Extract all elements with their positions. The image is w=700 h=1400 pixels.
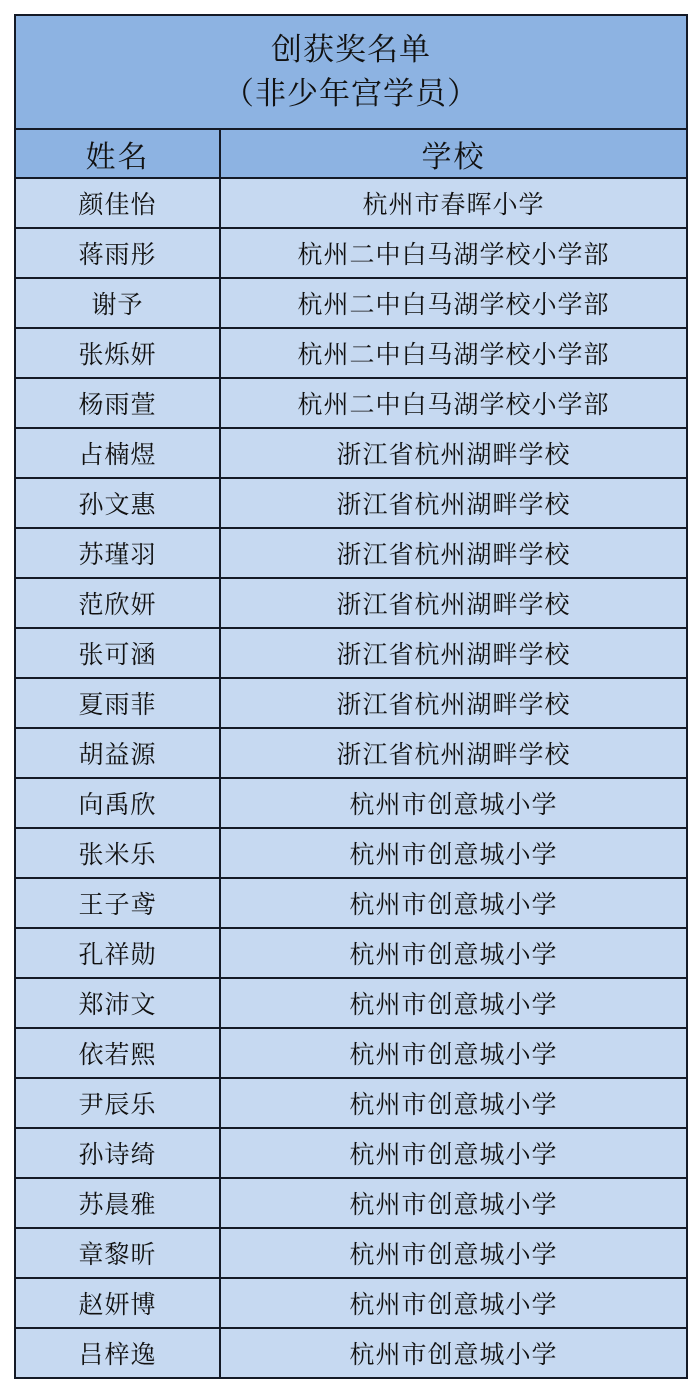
table-row: 苏晨雅杭州市创意城小学 (15, 1178, 687, 1228)
cell-name: 尹辰乐 (15, 1078, 220, 1128)
table-row: 王子鸢杭州市创意城小学 (15, 878, 687, 928)
cell-name: 张烁妍 (15, 328, 220, 378)
cell-name: 孔祥勋 (15, 928, 220, 978)
cell-school: 浙江省杭州湖畔学校 (220, 728, 687, 778)
cell-school: 浙江省杭州湖畔学校 (220, 678, 687, 728)
column-header-school: 学校 (220, 129, 687, 178)
cell-school: 杭州市创意城小学 (220, 1078, 687, 1128)
cell-name: 胡益源 (15, 728, 220, 778)
cell-name: 谢予 (15, 278, 220, 328)
table-row: 胡益源浙江省杭州湖畔学校 (15, 728, 687, 778)
title-main: 创获奖名单 (16, 28, 686, 72)
cell-name: 杨雨萱 (15, 378, 220, 428)
table-row: 苏瑾羽浙江省杭州湖畔学校 (15, 528, 687, 578)
column-header-name: 姓名 (15, 129, 220, 178)
cell-name: 范欣妍 (15, 578, 220, 628)
cell-name: 章黎昕 (15, 1228, 220, 1278)
cell-name: 孙诗绮 (15, 1128, 220, 1178)
table-row: 孔祥勋杭州市创意城小学 (15, 928, 687, 978)
table-row: 杨雨萱杭州二中白马湖学校小学部 (15, 378, 687, 428)
cell-name: 郑沛文 (15, 978, 220, 1028)
cell-school: 杭州二中白马湖学校小学部 (220, 278, 687, 328)
cell-name: 向禹欣 (15, 778, 220, 828)
table-body: 颜佳怡杭州市春晖小学 蒋雨彤杭州二中白马湖学校小学部 谢予杭州二中白马湖学校小学… (15, 178, 687, 1378)
cell-name: 夏雨菲 (15, 678, 220, 728)
table-row: 张米乐杭州市创意城小学 (15, 828, 687, 878)
cell-school: 杭州市创意城小学 (220, 1128, 687, 1178)
cell-school: 浙江省杭州湖畔学校 (220, 478, 687, 528)
table-row: 占楠煜浙江省杭州湖畔学校 (15, 428, 687, 478)
table-row: 张烁妍杭州二中白马湖学校小学部 (15, 328, 687, 378)
cell-school: 杭州市创意城小学 (220, 1228, 687, 1278)
table-row: 依若熙杭州市创意城小学 (15, 1028, 687, 1078)
cell-school: 杭州市创意城小学 (220, 928, 687, 978)
cell-school: 杭州市创意城小学 (220, 1278, 687, 1328)
cell-name: 王子鸢 (15, 878, 220, 928)
table-row: 蒋雨彤杭州二中白马湖学校小学部 (15, 228, 687, 278)
cell-school: 杭州市创意城小学 (220, 878, 687, 928)
cell-school: 杭州二中白马湖学校小学部 (220, 328, 687, 378)
cell-name: 张可涵 (15, 628, 220, 678)
cell-school: 杭州二中白马湖学校小学部 (220, 378, 687, 428)
table-row: 向禹欣杭州市创意城小学 (15, 778, 687, 828)
cell-name: 赵妍博 (15, 1278, 220, 1328)
cell-school: 杭州市创意城小学 (220, 828, 687, 878)
cell-name: 苏瑾羽 (15, 528, 220, 578)
cell-name: 张米乐 (15, 828, 220, 878)
cell-school: 杭州市创意城小学 (220, 1028, 687, 1078)
cell-name: 孙文惠 (15, 478, 220, 528)
cell-school: 杭州市创意城小学 (220, 778, 687, 828)
cell-name: 苏晨雅 (15, 1178, 220, 1228)
table-row: 吕梓逸杭州市创意城小学 (15, 1328, 687, 1378)
column-header-row: 姓名 学校 (15, 129, 687, 178)
cell-school: 杭州市创意城小学 (220, 1328, 687, 1378)
cell-school: 杭州市创意城小学 (220, 978, 687, 1028)
table-row: 尹辰乐杭州市创意城小学 (15, 1078, 687, 1128)
table-row: 赵妍博杭州市创意城小学 (15, 1278, 687, 1328)
cell-school: 杭州市春晖小学 (220, 178, 687, 228)
cell-school: 浙江省杭州湖畔学校 (220, 628, 687, 678)
table-row: 夏雨菲浙江省杭州湖畔学校 (15, 678, 687, 728)
cell-name: 占楠煜 (15, 428, 220, 478)
cell-school: 浙江省杭州湖畔学校 (220, 578, 687, 628)
cell-school: 杭州市创意城小学 (220, 1178, 687, 1228)
cell-school: 杭州二中白马湖学校小学部 (220, 228, 687, 278)
table-row: 孙文惠浙江省杭州湖畔学校 (15, 478, 687, 528)
table-row: 范欣妍浙江省杭州湖畔学校 (15, 578, 687, 628)
table-row: 孙诗绮杭州市创意城小学 (15, 1128, 687, 1178)
cell-name: 蒋雨彤 (15, 228, 220, 278)
cell-school: 浙江省杭州湖畔学校 (220, 528, 687, 578)
table-row: 章黎昕杭州市创意城小学 (15, 1228, 687, 1278)
table-row: 颜佳怡杭州市春晖小学 (15, 178, 687, 228)
table-title: 创获奖名单 （非少年宫学员） (15, 15, 687, 129)
table-row: 谢予杭州二中白马湖学校小学部 (15, 278, 687, 328)
cell-name: 吕梓逸 (15, 1328, 220, 1378)
cell-name: 颜佳怡 (15, 178, 220, 228)
table-row: 郑沛文杭州市创意城小学 (15, 978, 687, 1028)
table-row: 张可涵浙江省杭州湖畔学校 (15, 628, 687, 678)
cell-school: 浙江省杭州湖畔学校 (220, 428, 687, 478)
title-row: 创获奖名单 （非少年宫学员） (15, 15, 687, 129)
cell-name: 依若熙 (15, 1028, 220, 1078)
award-list-table: 创获奖名单 （非少年宫学员） 姓名 学校 颜佳怡杭州市春晖小学 蒋雨彤杭州二中白… (14, 14, 688, 1379)
title-subtitle: （非少年宫学员） (16, 72, 686, 116)
